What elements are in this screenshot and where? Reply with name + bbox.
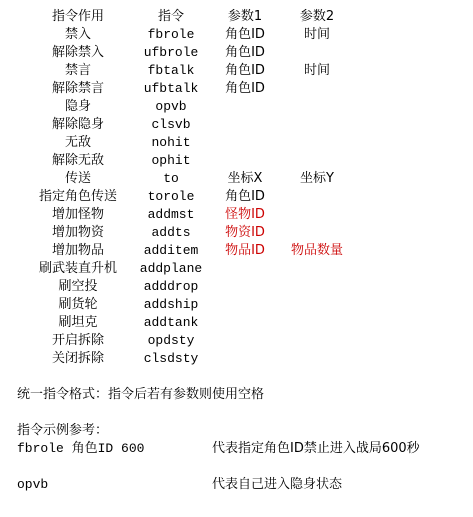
function-cell: 解除禁言 — [18, 80, 138, 98]
function-cell: 传送 — [18, 170, 138, 188]
header-param2: 参数2 — [282, 8, 352, 26]
function-cell: 隐身 — [18, 98, 138, 116]
table-row: 禁言fbtalk角色ID时间 — [0, 62, 473, 80]
command-cell: clsdsty — [125, 350, 217, 368]
command-cell: fbrole — [125, 26, 217, 44]
example-command: fbrole 角色ID 600 — [17, 440, 144, 458]
command-cell: opvb — [125, 98, 217, 116]
command-cell: nohit — [125, 134, 217, 152]
table-row: 刷武装直升机addplane — [0, 260, 473, 278]
example-description: 代表指定角色ID禁止进入战局600秒 — [212, 440, 420, 458]
function-cell: 解除禁入 — [18, 44, 138, 62]
function-cell: 开启拆除 — [18, 332, 138, 350]
param2-cell: 时间 — [282, 62, 352, 80]
instructions-footer: 统一指令格式：指令后若有参数则使用空格 指令示例参考： fbrole 角色ID … — [17, 386, 467, 494]
table-row: 解除隐身clsvb — [0, 116, 473, 134]
function-cell: 指定角色传送 — [18, 188, 138, 206]
command-cell: ufbtalk — [125, 80, 217, 98]
param1-cell: 怪物ID — [210, 206, 280, 224]
table-row: 刷货轮addship — [0, 296, 473, 314]
command-cell: opdsty — [125, 332, 217, 350]
command-cell: fbtalk — [125, 62, 217, 80]
command-cell: ophit — [125, 152, 217, 170]
table-row: 解除禁言ufbtalk角色ID — [0, 80, 473, 98]
table-row: 解除禁入ufbrole角色ID — [0, 44, 473, 62]
function-cell: 刷武装直升机 — [18, 260, 138, 278]
param1-cell: 角色ID — [210, 80, 280, 98]
command-cell: addmst — [125, 206, 217, 224]
param1-cell: 物资ID — [210, 224, 280, 242]
function-cell: 禁言 — [18, 62, 138, 80]
example-row: opvb 代表自己进入隐身状态 — [17, 476, 467, 494]
param1-cell: 角色ID — [210, 44, 280, 62]
param1-cell: 物品ID — [210, 242, 280, 260]
function-cell: 增加怪物 — [18, 206, 138, 224]
table-row: 增加物品additem物品ID物品数量 — [0, 242, 473, 260]
table-row: 禁入fbrole角色ID时间 — [0, 26, 473, 44]
table-row: 增加物资addts物资ID — [0, 224, 473, 242]
example-description: 代表自己进入隐身状态 — [212, 476, 342, 494]
param2-cell: 坐标Y — [282, 170, 352, 188]
command-cell: ufbrole — [125, 44, 217, 62]
function-cell: 增加物资 — [18, 224, 138, 242]
table-row: 解除无敌ophit — [0, 152, 473, 170]
examples-title: 指令示例参考： — [17, 422, 467, 440]
command-cell: addtank — [125, 314, 217, 332]
table-row: 传送to坐标X坐标Y — [0, 170, 473, 188]
command-cell: clsvb — [125, 116, 217, 134]
param1-cell: 角色ID — [210, 26, 280, 44]
table-row: 刷坦克addtank — [0, 314, 473, 332]
table-row: 增加怪物addmst怪物ID — [0, 206, 473, 224]
header-param1: 参数1 — [210, 8, 280, 26]
command-cell: to — [125, 170, 217, 188]
function-cell: 刷坦克 — [18, 314, 138, 332]
function-cell: 无敌 — [18, 134, 138, 152]
function-cell: 刷空投 — [18, 278, 138, 296]
table-row: 指定角色传送torole角色ID — [0, 188, 473, 206]
function-cell: 禁入 — [18, 26, 138, 44]
function-cell: 刷货轮 — [18, 296, 138, 314]
table-row: 无敌nohit — [0, 134, 473, 152]
command-cell: addplane — [125, 260, 217, 278]
command-cell: additem — [125, 242, 217, 260]
table-row: 刷空投adddrop — [0, 278, 473, 296]
table-row: 开启拆除opdsty — [0, 332, 473, 350]
header-command: 指令 — [125, 8, 217, 26]
example-command: opvb — [17, 476, 48, 494]
param2-cell: 物品数量 — [282, 242, 352, 260]
format-note: 统一指令格式：指令后若有参数则使用空格 — [17, 386, 467, 404]
param2-cell: 时间 — [282, 26, 352, 44]
table-row: 隐身opvb — [0, 98, 473, 116]
table-row: 关闭拆除clsdsty — [0, 350, 473, 368]
param1-cell: 角色ID — [210, 62, 280, 80]
param1-cell: 坐标X — [210, 170, 280, 188]
param1-cell: 角色ID — [210, 188, 280, 206]
header-function: 指令作用 — [18, 8, 138, 26]
command-cell: addts — [125, 224, 217, 242]
function-cell: 关闭拆除 — [18, 350, 138, 368]
function-cell: 解除无敌 — [18, 152, 138, 170]
table-body: 禁入fbrole角色ID时间解除禁入ufbrole角色ID禁言fbtalk角色I… — [0, 26, 473, 368]
function-cell: 增加物品 — [18, 242, 138, 260]
command-table: 指令作用 指令 参数1 参数2 禁入fbrole角色ID时间解除禁入ufbrol… — [0, 8, 473, 368]
command-cell: addship — [125, 296, 217, 314]
function-cell: 解除隐身 — [18, 116, 138, 134]
example-row: fbrole 角色ID 600 代表指定角色ID禁止进入战局600秒 — [17, 440, 467, 458]
command-cell: adddrop — [125, 278, 217, 296]
table-header-row: 指令作用 指令 参数1 参数2 — [0, 8, 473, 26]
command-cell: torole — [125, 188, 217, 206]
